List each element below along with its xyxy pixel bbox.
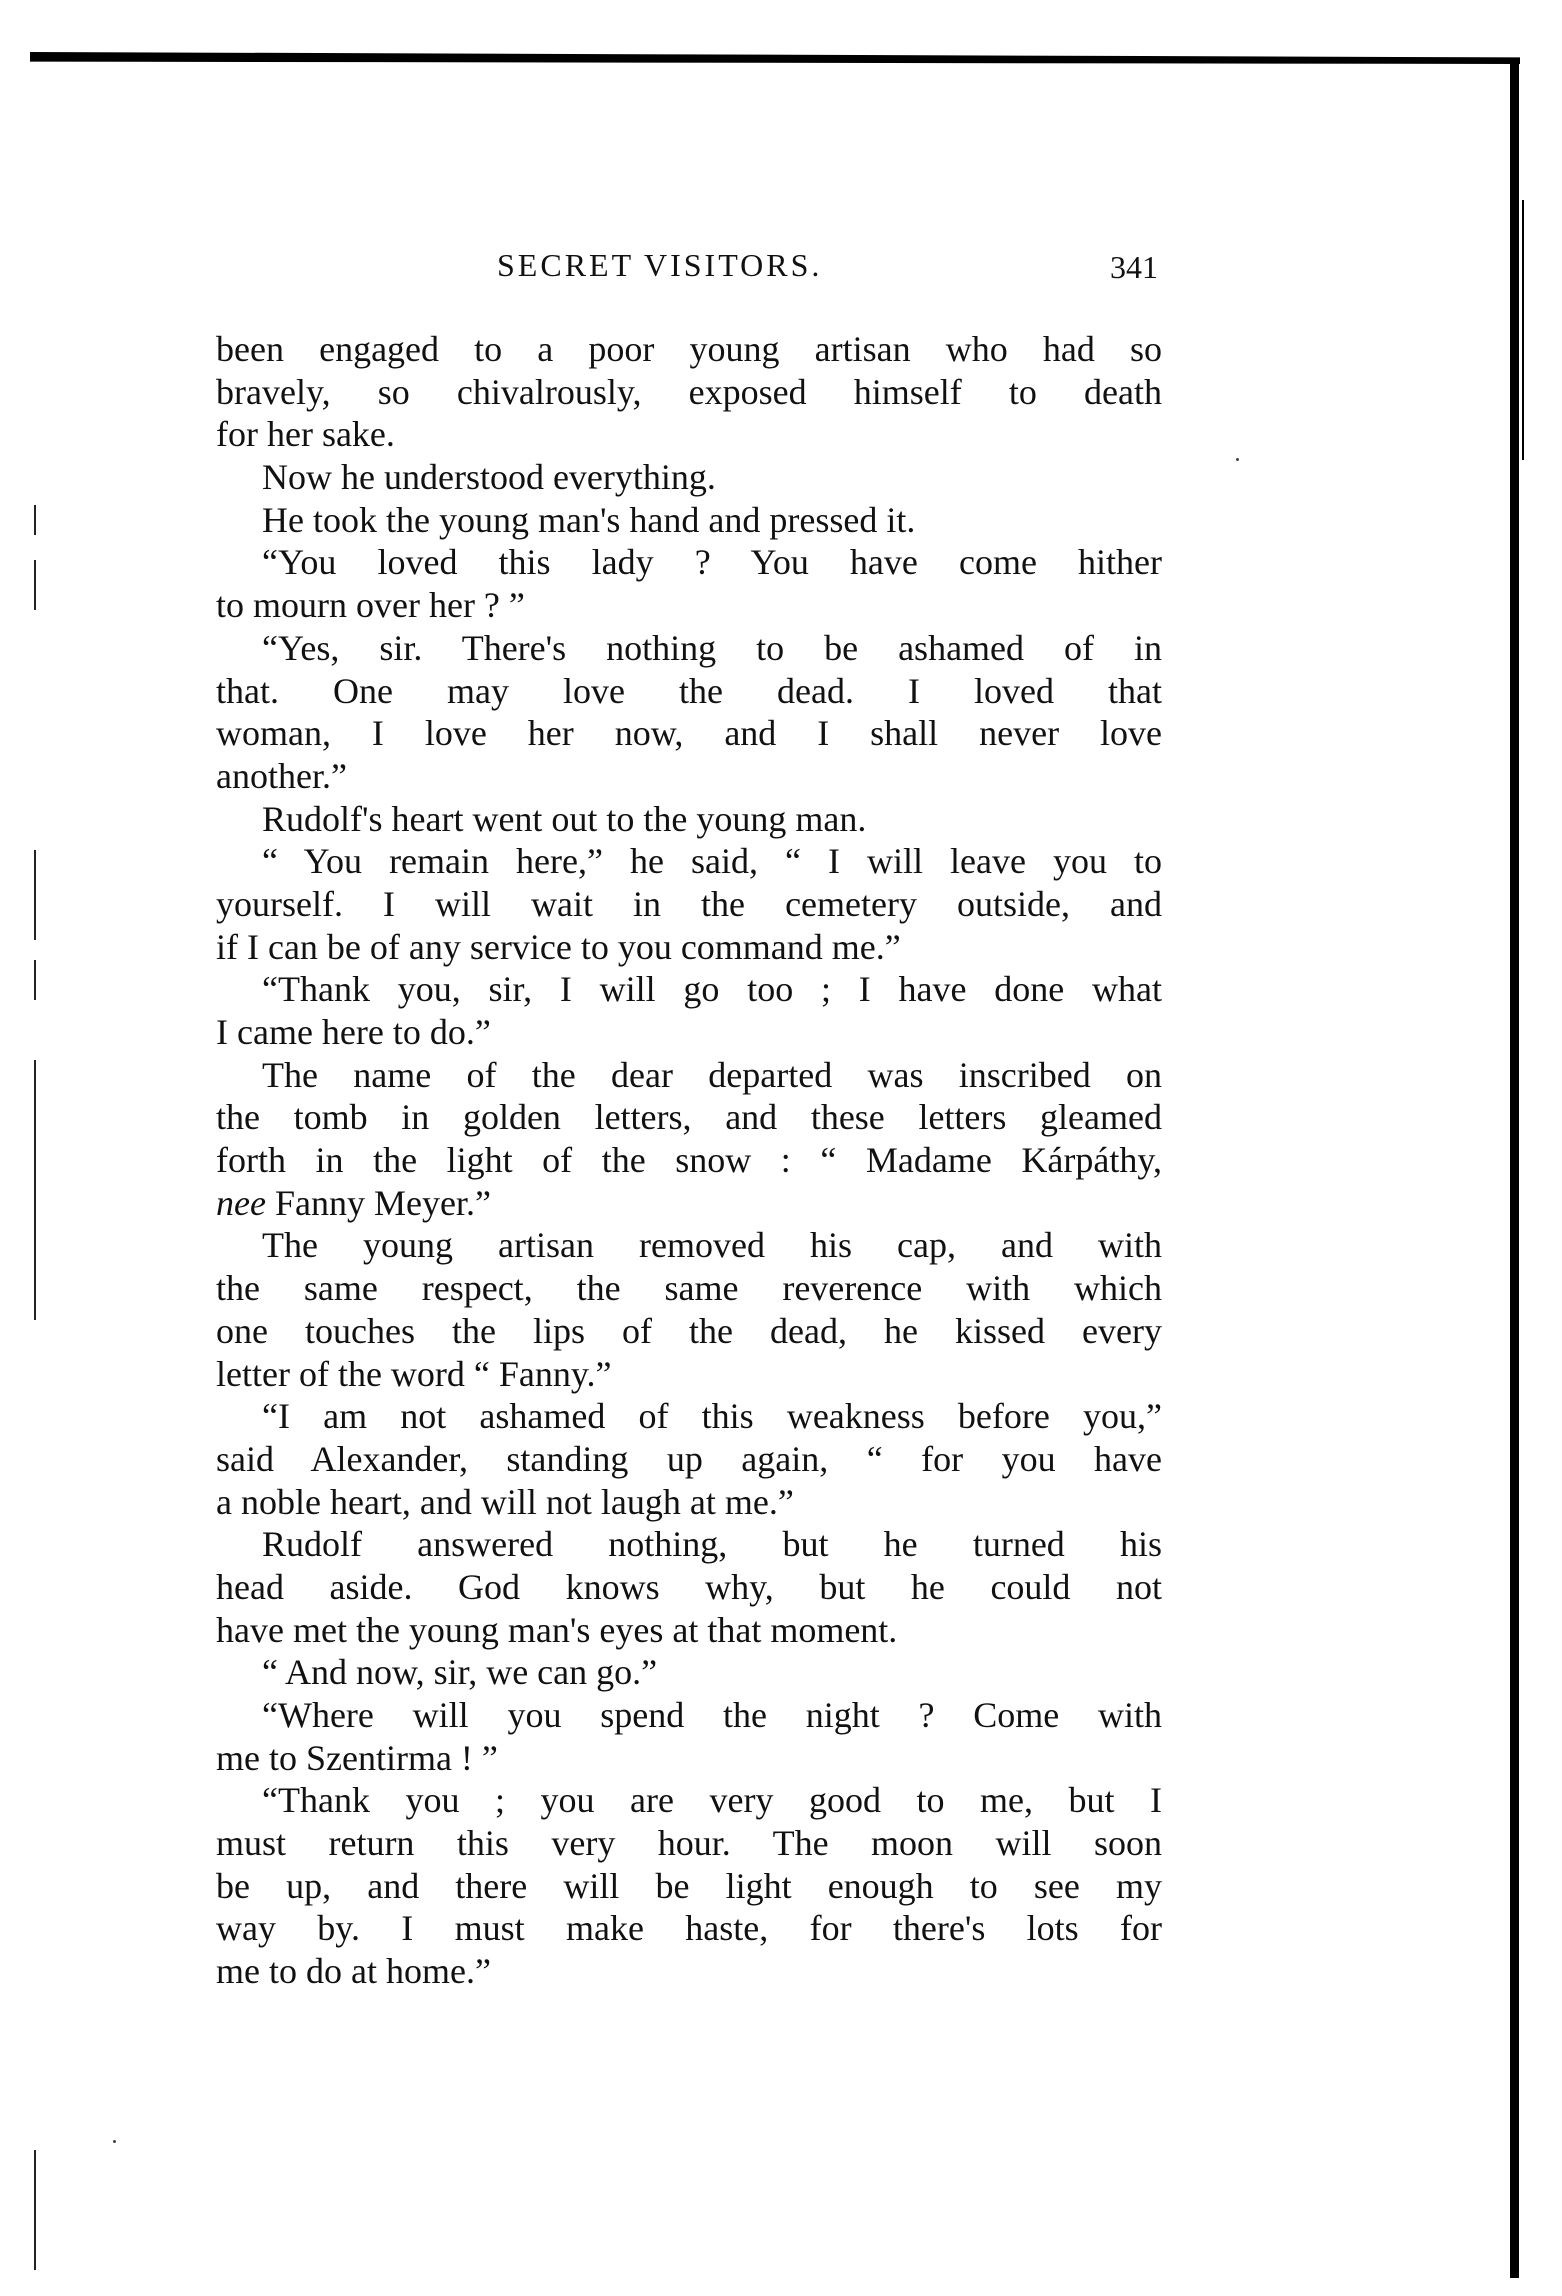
text-line: “You loved this lady ? You have come hit… [216,541,1162,584]
text-line-content: must return this very hour. The moon wil… [216,1823,1162,1863]
text-line-content: forth in the light of the snow : “ Madam… [216,1140,1162,1180]
running-title: SECRET VISITORS. [497,247,822,284]
text-line: be up, and there will be light enough to… [216,1865,1162,1908]
text-line: “I am not ashamed of this weakness befor… [216,1395,1162,1438]
text-line-content: I came here to do.” [216,1012,491,1052]
text-line: the same respect, the same reverence wit… [216,1267,1162,1310]
text-line-content: “Where will you spend the night ? Come w… [262,1695,1162,1735]
text-line-content: Rudolf answered nothing, but he turned h… [262,1524,1162,1564]
margin-scan-mark [34,505,36,535]
text-line: that. One may love the dead. I loved tha… [216,670,1162,713]
page-right-border-shadow [1522,200,1524,460]
text-line-content: He took the young man's hand and pressed… [262,500,915,540]
text-line-content: way by. I must make haste, for there's l… [216,1908,1162,1948]
text-line: me to do at home.” [216,1950,1162,1993]
text-line: been engaged to a poor young artisan who… [216,328,1162,371]
text-line-content: “You loved this lady ? You have come hit… [262,542,1162,582]
margin-scan-mark [34,960,36,1000]
text-line-content: the same respect, the same reverence wit… [216,1268,1162,1308]
text-line: bravely, so chivalrously, exposed himsel… [216,371,1162,414]
text-line-content: The name of the dear departed was inscri… [262,1055,1162,1095]
text-line-content: the tomb in golden letters, and these le… [216,1097,1162,1137]
text-line: head aside. God knows why, but he could … [216,1566,1162,1609]
text-line-content: “Yes, sir. There's nothing to be ashamed… [262,628,1162,668]
text-line: if I can be of any service to you comman… [216,926,1162,969]
text-line: Rudolf's heart went out to the young man… [216,798,1162,841]
text-line: must return this very hour. The moon wil… [216,1822,1162,1865]
text-line: one touches the lips of the dead, he kis… [216,1310,1162,1353]
text-line-content: yourself. I will wait in the cemetery ou… [216,884,1162,924]
text-line-content: for her sake. [216,414,395,454]
text-line: the tomb in golden letters, and these le… [216,1096,1162,1139]
text-line-content: The young artisan removed his cap, and w… [262,1225,1162,1265]
text-line-content: bravely, so chivalrously, exposed himsel… [216,372,1162,412]
text-line: Rudolf answered nothing, but he turned h… [216,1523,1162,1566]
text-line: “Thank you, sir, I will go too ; I have … [216,968,1162,1011]
text-line: Now he understood everything. [216,456,1162,499]
text-line-content: be up, and there will be light enough to… [216,1866,1162,1906]
page-number: 341 [1110,249,1158,286]
margin-scan-mark [34,850,36,940]
text-line-content: Rudolf's heart went out to the young man… [262,799,866,839]
text-line: The name of the dear departed was inscri… [216,1054,1162,1097]
text-line-content: “Thank you, sir, I will go too ; I have … [262,969,1162,1009]
italic-word: nee [216,1183,266,1223]
text-line-content: been engaged to a poor young artisan who… [216,329,1162,369]
page-header: SECRET VISITORS. 341 [0,245,1562,295]
margin-scan-mark [34,560,36,610]
text-line-content: woman, I love her now, and I shall never… [216,713,1162,753]
text-line-content: me to Szentirma ! ” [216,1738,498,1778]
text-line-content: Now he understood everything. [262,457,716,497]
text-line-content: head aside. God knows why, but he could … [216,1567,1162,1607]
text-line: said Alexander, standing up again, “ for… [216,1438,1162,1481]
text-line-content: to mourn over her ? ” [216,585,525,625]
text-line-content: me to do at home.” [216,1951,491,1991]
scan-speck [1236,458,1239,461]
text-line: The young artisan removed his cap, and w… [216,1224,1162,1267]
text-line: have met the young man's eyes at that mo… [216,1609,1162,1652]
text-line-content: if I can be of any service to you comman… [216,927,901,967]
text-line: He took the young man's hand and pressed… [216,499,1162,542]
text-line: I came here to do.” [216,1011,1162,1054]
text-line: “Thank you ; you are very good to me, bu… [216,1779,1162,1822]
margin-scan-mark [34,1060,36,1320]
text-line: yourself. I will wait in the cemetery ou… [216,883,1162,926]
text-line: forth in the light of the snow : “ Madam… [216,1139,1162,1182]
text-line: a noble heart, and will not laugh at me.… [216,1481,1162,1524]
text-line-content: “I am not ashamed of this weakness befor… [262,1396,1162,1436]
text-line-content: letter of the word “ Fanny.” [216,1354,612,1394]
text-line-content: “ And now, sir, we can go.” [262,1652,657,1692]
text-line-content: that. One may love the dead. I loved tha… [216,671,1162,711]
page-right-border [1510,58,1519,2278]
text-line-content: Fanny Meyer.” [275,1183,491,1223]
text-line-content: “Thank you ; you are very good to me, bu… [262,1780,1162,1820]
text-line: nee Fanny Meyer.” [216,1182,1162,1225]
body-text: been engaged to a poor young artisan who… [216,328,1162,1993]
text-line: to mourn over her ? ” [216,584,1162,627]
text-line: way by. I must make haste, for there's l… [216,1907,1162,1950]
text-line-content: one touches the lips of the dead, he kis… [216,1311,1162,1351]
text-line: “Yes, sir. There's nothing to be ashamed… [216,627,1162,670]
text-line-content: said Alexander, standing up again, “ for… [216,1439,1162,1479]
text-line: another.” [216,755,1162,798]
text-line-content: have met the young man's eyes at that mo… [216,1610,897,1650]
page-top-border [30,52,1520,64]
text-line: woman, I love her now, and I shall never… [216,712,1162,755]
margin-scan-mark [34,2150,36,2270]
text-line-content: “ You remain here,” he said, “ I will le… [262,841,1162,881]
text-line: letter of the word “ Fanny.” [216,1353,1162,1396]
scan-speck [113,2140,116,2143]
text-line-content: another.” [216,756,347,796]
text-line: “ You remain here,” he said, “ I will le… [216,840,1162,883]
text-line: “Where will you spend the night ? Come w… [216,1694,1162,1737]
text-line: for her sake. [216,413,1162,456]
text-line-content: a noble heart, and will not laugh at me.… [216,1482,794,1522]
text-line: me to Szentirma ! ” [216,1737,1162,1780]
text-line: “ And now, sir, we can go.” [216,1651,1162,1694]
